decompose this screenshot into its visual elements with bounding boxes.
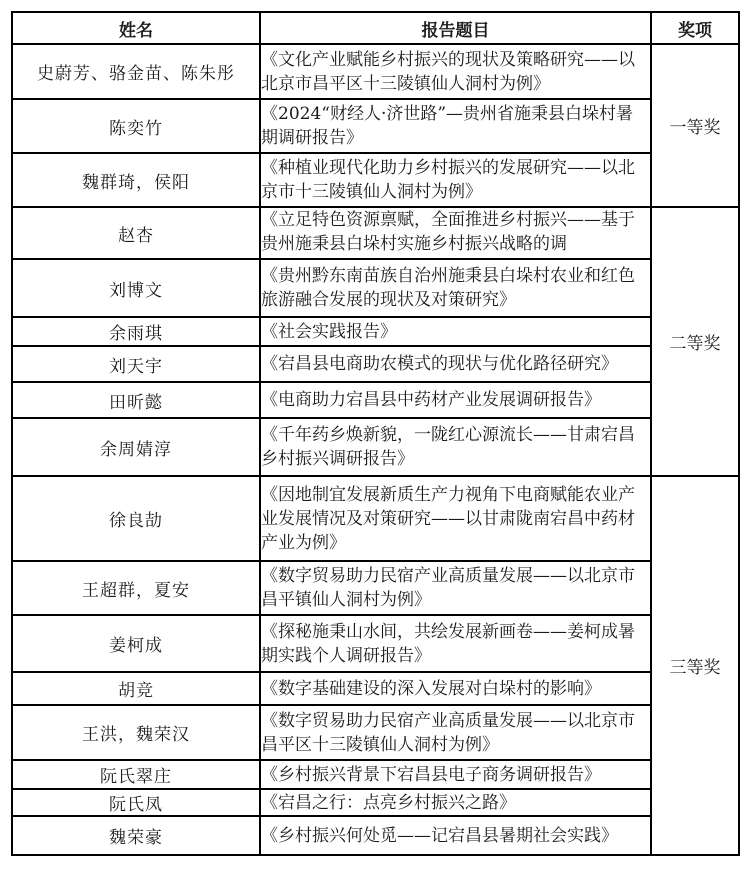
title-cell: 《贵州黔东南苗族自治州施秉县白垛村农业和红色旅游融合发展的现状及对策研究》 [260,259,651,317]
name-cell: 陈奕竹 [12,99,260,153]
table-row: 赵杏 《立足特色资源禀赋，全面推进乡村振兴——基于贵州施秉县白垛村实施乡村振兴战… [12,207,739,259]
name-cell: 刘博文 [12,259,260,317]
title-cell: 《社会实践报告》 [260,317,651,346]
awards-table: 姓名 报告题目 奖项 史蔚芳、骆金苗、陈朱彤 《文化产业赋能乡村振兴的现状及策略… [11,11,740,856]
name-cell: 徐良劼 [12,476,260,561]
header-row: 姓名 报告题目 奖项 [12,12,739,44]
name-cell: 胡竞 [12,672,260,705]
header-title: 报告题目 [260,12,651,44]
table-row: 徐良劼 《因地制宜发展新质生产力视角下电商赋能农业产业发展情况及对策研究——以甘… [12,476,739,561]
title-cell: 《数字基础建设的深入发展对白垛村的影响》 [260,672,651,705]
name-cell: 赵杏 [12,207,260,259]
header-name: 姓名 [12,12,260,44]
table-row: 王洪，魏荣汉 《数字贸易助力民宿产业高质量发展——以北京市昌平区十三陵镇仙人洞村… [12,705,739,760]
name-cell: 阮氏翠庄 [12,760,260,789]
name-cell: 魏群琦，侯阳 [12,153,260,207]
title-cell: 《乡村振兴何处觅——记宕昌县暑期社会实践》 [260,816,651,855]
name-cell: 姜柯成 [12,615,260,672]
table-row: 阮氏翠庄 《乡村振兴背景下宕昌县电子商务调研报告》 [12,760,739,789]
award-cell-third: 三等奖 [651,476,739,855]
name-cell: 魏荣豪 [12,816,260,855]
table-row: 魏群琦，侯阳 《种植业现代化助力乡村振兴的发展研究——以北京市十三陵镇仙人洞村为… [12,153,739,207]
title-cell: 《乡村振兴背景下宕昌县电子商务调研报告》 [260,760,651,789]
title-cell: 《文化产业赋能乡村振兴的现状及策略研究——以北京市昌平区十三陵镇仙人洞村为例》 [260,44,651,99]
table-row: 余雨琪 《社会实践报告》 [12,317,739,346]
award-cell-first: 一等奖 [651,44,739,207]
title-cell: 《宕昌之行：点亮乡村振兴之路》 [260,789,651,816]
title-cell: 《因地制宜发展新质生产力视角下电商赋能农业产业发展情况及对策研究——以甘肃陇南宕… [260,476,651,561]
table-row: 胡竞 《数字基础建设的深入发展对白垛村的影响》 [12,672,739,705]
award-cell-second: 二等奖 [651,207,739,476]
name-cell: 王超群，夏安 [12,561,260,615]
title-cell: 《探秘施秉山水间，共绘发展新画卷——姜柯成暑期实践个人调研报告》 [260,615,651,672]
name-cell: 田昕懿 [12,382,260,418]
header-award: 奖项 [651,12,739,44]
table-row: 魏荣豪 《乡村振兴何处觅——记宕昌县暑期社会实践》 [12,816,739,855]
table-row: 姜柯成 《探秘施秉山水间，共绘发展新画卷——姜柯成暑期实践个人调研报告》 [12,615,739,672]
name-cell: 余周婧淳 [12,418,260,476]
title-cell: 《电商助力宕昌县中药材产业发展调研报告》 [260,382,651,418]
table-row: 余周婧淳 《千年药乡焕新貌，一陇红心源流长——甘肃宕昌乡村振兴调研报告》 [12,418,739,476]
table-row: 刘天宇 《宕昌县电商助农模式的现状与优化路径研究》 [12,346,739,382]
name-cell: 刘天宇 [12,346,260,382]
name-cell: 王洪，魏荣汉 [12,705,260,760]
title-cell: 《种植业现代化助力乡村振兴的发展研究——以北京市十三陵镇仙人洞村为例》 [260,153,651,207]
title-cell: 《立足特色资源禀赋，全面推进乡村振兴——基于贵州施秉县白垛村实施乡村振兴战略的调 [260,207,651,259]
table-row: 陈奕竹 《2024“财经人·济世路”—贵州省施秉县白垛村暑期调研报告》 [12,99,739,153]
title-text-clipped: 《立足特色资源禀赋，全面推进乡村振兴——基于贵州施秉县白垛村实施乡村振兴战略的调 [261,208,650,258]
table-row: 史蔚芳、骆金苗、陈朱彤 《文化产业赋能乡村振兴的现状及策略研究——以北京市昌平区… [12,44,739,99]
table-row: 王超群，夏安 《数字贸易助力民宿产业高质量发展——以北京市昌平镇仙人洞村为例》 [12,561,739,615]
table-row: 刘博文 《贵州黔东南苗族自治州施秉县白垛村农业和红色旅游融合发展的现状及对策研究… [12,259,739,317]
table-row: 阮氏凤 《宕昌之行：点亮乡村振兴之路》 [12,789,739,816]
name-cell: 阮氏凤 [12,789,260,816]
title-cell: 《2024“财经人·济世路”—贵州省施秉县白垛村暑期调研报告》 [260,99,651,153]
title-cell: 《数字贸易助力民宿产业高质量发展——以北京市昌平区十三陵镇仙人洞村为例》 [260,705,651,760]
table-row: 田昕懿 《电商助力宕昌县中药材产业发展调研报告》 [12,382,739,418]
title-cell: 《数字贸易助力民宿产业高质量发展——以北京市昌平镇仙人洞村为例》 [260,561,651,615]
name-cell: 余雨琪 [12,317,260,346]
name-cell: 史蔚芳、骆金苗、陈朱彤 [12,44,260,99]
title-cell: 《千年药乡焕新貌，一陇红心源流长——甘肃宕昌乡村振兴调研报告》 [260,418,651,476]
title-cell: 《宕昌县电商助农模式的现状与优化路径研究》 [260,346,651,382]
